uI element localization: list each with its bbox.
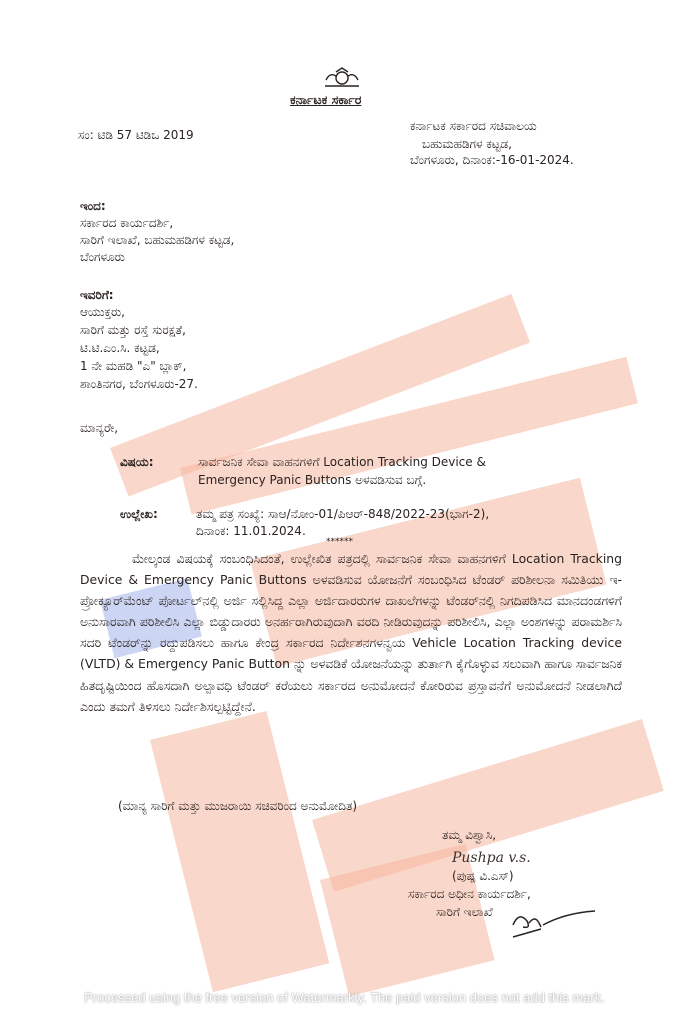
karnataka-emblem-icon [322, 66, 362, 88]
handwritten-signature: Pushpa v.s. [452, 850, 531, 866]
closing-yours: ತಮ್ಮ ವಿಶ್ವಾಸಿ, [442, 825, 496, 845]
reference-label: ಉಲ್ಲೇಖ: [120, 504, 158, 524]
subject-line: ಸಾರ್ವಜನಿಕ ಸೇವಾ ವಾಹನಗಳಿಗೆ Location Tracki… [198, 452, 486, 472]
signatory-designation: ಸರ್ಕಾರದ ಅಧೀನ ಕಾರ್ಯದರ್ಶಿ, [408, 884, 531, 904]
government-title: ಕರ್ನಾಟಕ ಸರ್ಕಾರ [290, 92, 361, 108]
approval-note: (ಮಾನ್ಯ ಸಾರಿಗೆ ಮತ್ತು ಮುಜರಾಯಿ ಸಚಿವರಿಂದ ಅನು… [118, 796, 357, 816]
reference-line: ದಿನಾಂಕ: 11.01.2024. [196, 521, 306, 541]
reference-number: ಸಂ: ಟಿಡಿ 57 ಟಿಡಿಒ 2019 [78, 125, 194, 145]
footer-watermark: Processed using the free version of Wate… [0, 990, 689, 1005]
office-line: ಕರ್ನಾಟಕ ಸರ್ಕಾರದ ಸಚಿವಾಲಯ [410, 116, 537, 136]
body-paragraph: ಮೇಲ್ಕಂಡ ವಿಷಯಕ್ಕೆ ಸಂಬಂಧಿಸಿದಂತೆ, ಉಲ್ಲೇಖಿತ … [80, 548, 622, 717]
to-line: ಸಾರಿಗೆ ಮತ್ತು ರಸ್ತೆ ಸುರಕ್ಷತೆ, [80, 320, 186, 340]
separator: ****** [326, 537, 353, 547]
salutation: ಮಾನ್ಯರೇ, [80, 418, 118, 438]
to-line: ಶಾಂತಿನಗರ, ಬೆಂಗಳೂರು-27. [80, 374, 198, 394]
to-line: ಟಿ.ಟಿ.ಎಂ.ಸಿ. ಕಟ್ಟಡ, [80, 338, 160, 358]
body-text: ಮೇಲ್ಕಂಡ ವಿಷಯಕ್ಕೆ ಸಂಬಂಧಿಸಿದಂತೆ, ಉಲ್ಲೇಖಿತ … [80, 551, 622, 714]
letter-date: ಬೆಂಗಳೂರು, ದಿನಾಂಕ:-16-01-2024. [410, 150, 574, 170]
initials-scribble-icon [505, 905, 600, 939]
to-line: ಆಯುಕ್ತರು, [80, 302, 125, 322]
signatory-name: (ಪುಷ್ಪ ವಿ.ಎಸ್) [452, 866, 514, 886]
signatory-department: ಸಾರಿಗೆ ಇಲಾಖೆ [436, 902, 493, 922]
from-line: ಬೆಂಗಳೂರು [80, 247, 125, 267]
subject-line: Emergency Panic Buttons ಅಳವಡಿಸುವ ಬಗ್ಗೆ. [198, 470, 426, 490]
letter-page: ಕರ್ನಾಟಕ ಸರ್ಕಾರ ಸಂ: ಟಿಡಿ 57 ಟಿಡಿಒ 2019 ಕರ… [0, 0, 689, 1024]
to-line: 1 ನೇ ಮಹಡಿ "ಎ" ಬ್ಲಾಕ್, [80, 356, 187, 376]
subject-label: ವಿಷಯ: [120, 452, 154, 472]
